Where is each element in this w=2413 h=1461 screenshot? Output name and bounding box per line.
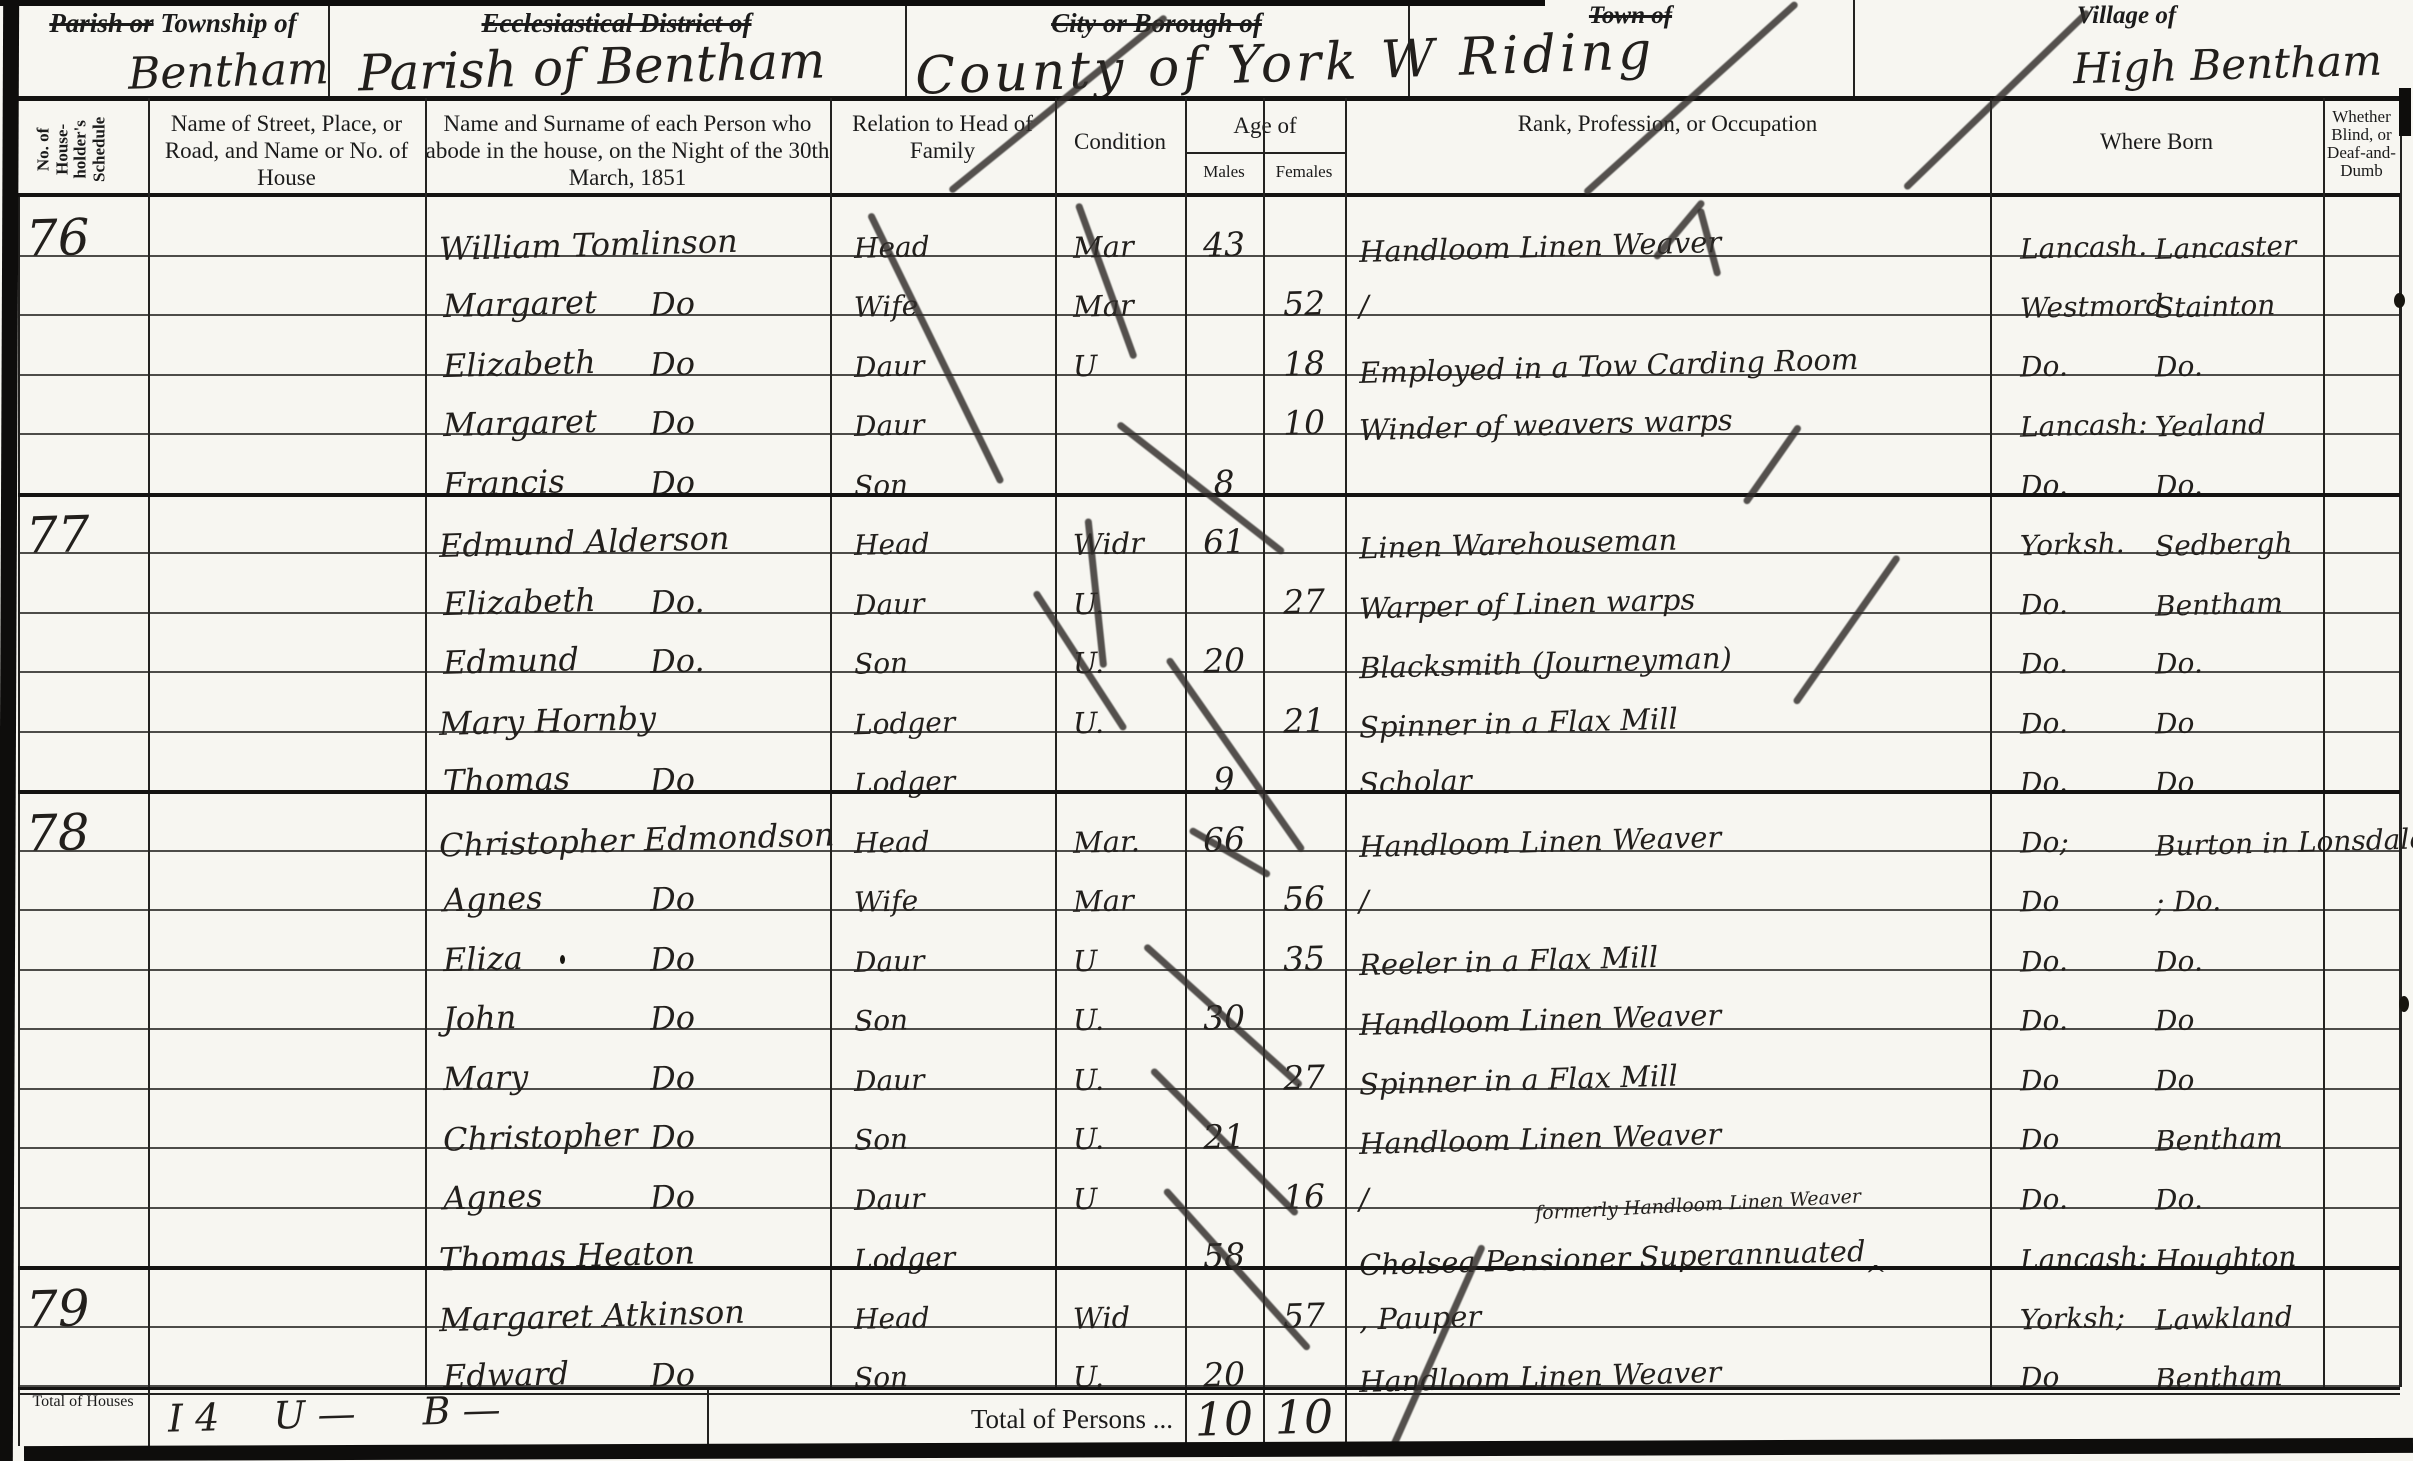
cell-street [148,257,425,315]
cell-schedule-number [18,435,148,493]
cell-blind-deaf [2323,435,2400,493]
cell-street [148,1209,425,1267]
cell-occupation: Chelsea Pensioner Superannuatedformerly … [1345,1209,1990,1267]
cell-person-name: EdmundDo. [425,614,830,672]
cell-person-name: ThomasDo [425,733,830,791]
table-rule-line [18,790,2400,794]
cell-street [148,1268,425,1326]
cell-age-male [1185,316,1263,374]
cell-street [148,673,425,731]
col-header-age: Age of [1185,106,1345,139]
cell-condition: Mar [1055,257,1185,315]
cell-street [148,1328,425,1386]
cell-blind-deaf [2323,1090,2400,1148]
cell-occupation: Reeler in a Flax Mill [1345,911,1990,969]
cell-schedule-number [18,1149,148,1207]
ecclesiastical-cell: Ecclesiastical District of Parish of Ben… [328,0,905,98]
cell-condition: U. [1055,1090,1185,1148]
cell-blind-deaf [2323,852,2400,910]
table-row: ElizabethDoDaurU18Employed in a Tow Card… [18,316,2400,376]
cell-schedule-number [18,852,148,910]
cell-schedule-number [18,1209,148,1267]
cell-person-name: ElizabethDo. [425,554,830,612]
cell-age-male [1185,911,1263,969]
total-houses-uninhabited: U — [273,1391,356,1437]
cell-condition: Widr [1055,495,1185,553]
cell-age-male: 66 [1185,792,1263,850]
cell-blind-deaf [2323,316,2400,374]
cell-blind-deaf [2323,1030,2400,1088]
cell-where-born: DoBentham [1990,1090,2323,1148]
cell-occupation: / [1345,852,1990,910]
cell-person-name: AgnesDo [425,1149,830,1207]
cell-schedule-number [18,376,148,434]
table-row: ElizabethDo.DaurU.27Warper of Linen warp… [18,554,2400,614]
table-rule-line [18,193,2400,197]
cell-condition: U. [1055,554,1185,612]
table-row: 76William TomlinsonHeadMar43Handloom Lin… [18,197,2400,257]
cell-street [148,911,425,969]
cell-relation: Daur [830,1149,1055,1207]
cell-age-female [1263,733,1345,791]
cell-where-born: Do.Do. [1990,1149,2323,1207]
cell-relation: Daur [830,376,1055,434]
cell-person-name: ElizabethDo [425,316,830,374]
age-subdivider-line [1185,152,1345,154]
cell-person-name: Christopher Edmondson [425,792,830,850]
table-rule-line [830,98,832,197]
table-row: FrancisDoSon8Do.Do. [18,435,2400,495]
cell-street [148,971,425,1029]
table-rule-line [1055,98,1057,197]
cell-schedule-number [18,673,148,731]
total-persons-females: 10 [1262,1389,1345,1445]
cell-relation: Son [830,971,1055,1029]
cell-age-male: 20 [1185,614,1263,672]
table-rule-line [18,1393,2400,1395]
village-cell: Village of High Bentham [1853,0,2400,98]
cell-blind-deaf [2323,911,2400,969]
cell-age-male [1185,257,1263,315]
table-row: MargaretDoDaur10Winder of weavers warpsL… [18,376,2400,436]
cell-age-female [1263,792,1345,850]
cell-schedule-number [18,911,148,969]
cell-age-female: 18 [1263,316,1345,374]
cell-where-born: WestmordStainton [1990,257,2323,315]
cell-blind-deaf [2323,495,2400,553]
cell-blind-deaf [2323,792,2400,850]
table-row: 79Margaret AtkinsonHeadWid57, PauperYork… [18,1268,2400,1328]
parish-value: Bentham [127,43,329,100]
cell-occupation: Handloom Linen Weaver [1345,971,1990,1029]
cell-schedule-number: 77 [18,495,148,553]
cell-relation: Daur [830,1030,1055,1088]
cell-street [148,1030,425,1088]
cell-where-born: Do.Do [1990,971,2323,1029]
cell-age-female: 27 [1263,554,1345,612]
cell-condition: U. [1055,971,1185,1029]
parish-label-rest: Township of [154,8,297,38]
cell-age-male: 20 [1185,1328,1263,1386]
cell-blind-deaf [2323,257,2400,315]
cell-schedule-number [18,1030,148,1088]
ink-blot [2399,996,2409,1012]
cell-where-born: Do.Do [1990,733,2323,791]
scan-edge-top [0,0,1545,6]
col-header-born: Where Born [1990,122,2323,155]
town-label-struck: Town of [1589,2,1672,29]
cell-occupation: , Pauper [1345,1268,1990,1326]
cell-occupation: Winder of weavers warps [1345,376,1990,434]
cell-relation: Lodger [830,1209,1055,1267]
cell-schedule-number [18,316,148,374]
table-row: EdmundDo.SonU.20Blacksmith (Journeyman)D… [18,614,2400,674]
cell-person-name: William Tomlinson [425,197,830,255]
col-header-schedule: No. of House-holder's Schedule [35,103,110,195]
cell-person-name: FrancisDo [425,435,830,493]
cell-schedule-number [18,1090,148,1148]
cell-street [148,376,425,434]
cell-relation: Head [830,495,1055,553]
cell-blind-deaf [2323,1268,2400,1326]
cell-person-name: Thomas Heaton [425,1209,830,1267]
cell-where-born: Yorksh.Sedbergh [1990,495,2323,553]
table-rule-line [1408,0,1410,98]
cell-blind-deaf [2323,673,2400,731]
cell-condition: U [1055,1149,1185,1207]
cell-where-born: Lancash:Yealand [1990,376,2323,434]
col-header-females: Females [1263,163,1345,181]
cell-schedule-number: 78 [18,792,148,850]
cell-schedule-number [18,1328,148,1386]
table-rule-line [425,98,427,197]
ecclesiastical-label-struck: Ecclesiastical District of [482,8,752,38]
col-header-condition: Condition [1055,122,1185,155]
table-rule-line [328,0,330,98]
total-houses-label: Total of Houses [22,1394,144,1411]
cell-condition: Mar [1055,852,1185,910]
cell-relation: Lodger [830,673,1055,731]
cell-occupation: Blacksmith (Journeyman) [1345,614,1990,672]
table-rule-line [1990,98,1992,197]
cell-where-born: Do; Do. [1990,852,2323,910]
cell-age-male [1185,554,1263,612]
cell-condition: U. [1055,1328,1185,1386]
cell-occupation: Handloom Linen Weaver [1345,792,1990,850]
cell-where-born: DoBentham [1990,1328,2323,1386]
cell-relation: Lodger [830,733,1055,791]
cell-blind-deaf [2323,971,2400,1029]
cell-relation: Son [830,435,1055,493]
table-rule-line [1263,98,1265,197]
cell-street [148,852,425,910]
cell-age-female: 56 [1263,852,1345,910]
total-houses-inhabited: I 4 [167,1395,219,1440]
table-rule-line [18,1390,20,1446]
cell-occupation: Handloom Linen Weaver [1345,1090,1990,1148]
total-persons-label: Total of Persons ... [598,1404,1173,1435]
cell-relation: Daur [830,554,1055,612]
cell-person-name: JohnDo [425,971,830,1029]
cell-condition [1055,733,1185,791]
parish-cell: Parish or Township of Bentham [18,0,328,98]
table-rule-line [2323,98,2325,197]
table-rule-line [1345,1390,1347,1446]
cell-where-born: Lancash.Lancaster [1990,197,2323,255]
cell-where-born: Do.Bentham [1990,554,2323,612]
table-row: ThomasDoLodger9ScholarDo.Do [18,733,2400,793]
cell-street [148,554,425,612]
cell-relation: Head [830,792,1055,850]
cell-blind-deaf [2323,1149,2400,1207]
cell-blind-deaf [2323,1328,2400,1386]
cell-age-female: 35 [1263,911,1345,969]
cell-where-born: Do.Do. [1990,316,2323,374]
cell-person-name: MaryDo [425,1030,830,1088]
cell-condition: Mar. [1055,792,1185,850]
cell-relation: Wife [830,257,1055,315]
cell-schedule-number [18,554,148,612]
cell-blind-deaf [2323,733,2400,791]
table-rule-line [148,98,150,197]
table-row: AgnesDoDaurU16/Do.Do. [18,1149,2400,1209]
cell-person-name: EdwardDo [425,1328,830,1386]
cell-age-female [1263,1090,1345,1148]
cell-age-female: 21 [1263,673,1345,731]
cell-age-female: 10 [1263,376,1345,434]
cell-age-male [1185,376,1263,434]
cell-where-born: Do.Do. [1990,911,2323,969]
table-row: ChristopherDoSonU.21Handloom Linen Weave… [18,1090,2400,1150]
table-rule-line [18,96,2400,101]
table-row: ElizaDoDaurU35Reeler in a Flax MillDo.Do… [18,911,2400,971]
cell-relation: Head [830,197,1055,255]
table-rule-line [1263,1390,1265,1446]
cell-street [148,733,425,791]
cell-age-male [1185,1268,1263,1326]
cell-condition [1055,1209,1185,1267]
cell-relation: Son [830,1328,1055,1386]
cell-age-female [1263,614,1345,672]
cell-schedule-number [18,614,148,672]
cell-street [148,197,425,255]
cell-blind-deaf [2323,376,2400,434]
table-rule-line [1185,98,1187,197]
cell-blind-deaf [2323,554,2400,612]
cell-schedule-number [18,971,148,1029]
ink-blot [2394,293,2405,308]
cell-occupation: Spinner in a Flax Mill [1345,673,1990,731]
cell-age-female [1263,197,1345,255]
cell-where-born: Do.Do [1990,673,2323,731]
cell-where-born: DoDo [1990,1030,2323,1088]
cell-relation: Wife [830,852,1055,910]
cell-age-female [1263,1209,1345,1267]
col-header-males: Males [1185,163,1263,181]
table-rule-line [18,1387,2400,1390]
cell-person-name: Margaret Atkinson [425,1268,830,1326]
table-row: MargaretDoWifeMar52/WestmordStainton [18,257,2400,317]
cell-schedule-number: 76 [18,197,148,255]
cell-blind-deaf [2323,1209,2400,1267]
table-rule-line [1345,98,1347,197]
col-header-name: Name and Surname of each Person who abod… [425,104,830,191]
cell-blind-deaf [2323,197,2400,255]
cell-person-name: ElizaDo [425,911,830,969]
table-rule-line [1853,0,1855,98]
table-row: MaryDoDaurU.27Spinner in a Flax MillDoDo [18,1030,2400,1090]
cell-person-name: Mary Hornby [425,673,830,731]
cell-person-name: MargaretDo [425,376,830,434]
cell-age-male: 43 [1185,197,1263,255]
col-header-street: Name of Street, Place, or Road, and Name… [148,104,425,191]
cell-occupation: Scholar [1345,733,1990,791]
ecclesiastical-value: Parish of Bentham [357,31,826,102]
cell-age-female [1263,435,1345,493]
col-header-blind: Whether Blind, or Deaf-and-Dumb [2323,108,2400,179]
ink-blot [560,955,565,964]
parish-label-struck: Parish or [49,8,153,38]
total-houses-value: I 4 U — B — [167,1387,501,1440]
cell-where-born: Yorksh;Lawkland [1990,1268,2323,1326]
cell-person-name: MargaretDo [425,257,830,315]
cell-age-female [1263,971,1345,1029]
scan-edge-left [0,0,19,1461]
table-rule-line [905,0,907,98]
cell-relation: Head [830,1268,1055,1326]
table-rule-line [707,1390,709,1446]
cell-age-female [1263,1328,1345,1386]
cell-relation: Son [830,1090,1055,1148]
cell-street [148,1090,425,1148]
scan-edge-right-dash [2399,88,2411,136]
cell-age-female: 52 [1263,257,1345,315]
census-document-page: Parish or Township of Bentham Ecclesiast… [0,0,2413,1461]
table-rule-line [148,1390,150,1446]
cell-condition: Wid [1055,1268,1185,1326]
cell-occupation: Linen Warehouseman [1345,495,1990,553]
village-value: High Bentham [2072,36,2382,94]
cell-street [148,316,425,374]
cell-occupation: Spinner in a Flax Mill [1345,1030,1990,1088]
cell-relation: Son [830,614,1055,672]
cell-street [148,614,425,672]
table-row: 77Edmund AldersonHeadWidr61Linen Warehou… [18,495,2400,555]
cell-street [148,435,425,493]
cell-occupation: Employed in a Tow Carding Room [1345,316,1990,374]
village-label: Village of [1853,0,2400,30]
cell-where-born: Do;Burton in Lonsdale [1990,792,2323,850]
table-row: AgnesDoWifeMar56/Do; Do. [18,852,2400,912]
cell-schedule-number [18,257,148,315]
cell-street [148,1149,425,1207]
cell-occupation: / [1345,257,1990,315]
cell-where-born: Do.Do. [1990,435,2323,493]
cell-street [148,792,425,850]
cell-relation: Daur [830,911,1055,969]
cell-person-name: AgnesDo [425,852,830,910]
table-rule-line [1185,1390,1187,1446]
cell-age-male [1185,1149,1263,1207]
cell-where-born: Do.Do. [1990,614,2323,672]
cell-where-born: Lancash:Houghton [1990,1209,2323,1267]
cell-blind-deaf [2323,614,2400,672]
cell-person-name: ChristopherDo [425,1090,830,1148]
cell-occupation [1345,435,1990,493]
table-row: EdwardDoSonU.20Handloom Linen WeaverDoBe… [18,1328,2400,1388]
cell-schedule-number [18,733,148,791]
cell-street [148,495,425,553]
total-persons-males: 10 [1184,1391,1263,1447]
cell-person-name: Edmund Alderson [425,495,830,553]
cell-schedule-number: 79 [18,1268,148,1326]
table-rule-line [18,1266,2400,1270]
